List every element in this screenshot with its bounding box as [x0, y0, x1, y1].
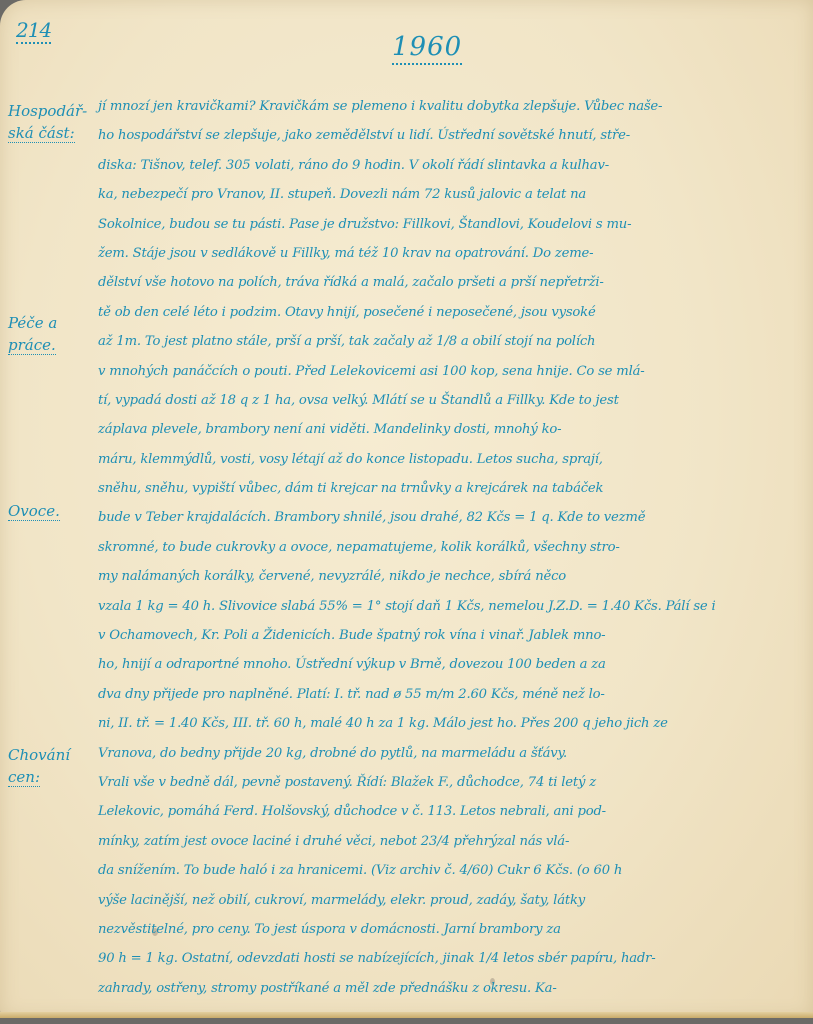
margin-heading-line: cen: — [8, 766, 100, 788]
text-line: výše lacinější, než obilí, cukroví, marm… — [98, 886, 723, 915]
text-line: zahrady, ostřeny, stromy postříkané a mě… — [98, 974, 723, 1003]
margin-heading-line: Chování — [8, 744, 100, 766]
margin-heading-line: Ovoce. — [8, 500, 100, 522]
chronicle-page: 214 1960 Hospodář- ská část: Péče a prác… — [0, 0, 813, 1018]
text-line: žem. Stáje jsou v sedlákově u Fillky, má… — [98, 239, 723, 268]
text-line: Vranova, do bedny přijde 20 kg, drobné d… — [98, 739, 723, 768]
text-line: nezvěstitelné, pro ceny. To jest úspora … — [98, 915, 723, 944]
handwritten-body: jí mnozí jen kravičkami? Kravičkám se pl… — [98, 92, 723, 1003]
text-line: ho hospodářství se zlepšuje, jako zemědě… — [98, 121, 723, 150]
text-line: da snížením. To bude haló i za hranicemi… — [98, 856, 723, 885]
text-line: dva dny přijede pro naplněné. Platí: I. … — [98, 680, 723, 709]
text-line: ni, II. tř. = 1.40 Kčs, III. tř. 60 h, m… — [98, 709, 723, 738]
text-line: bude v Teber krajdalácích. Brambory shni… — [98, 503, 723, 532]
text-line: Vrali vše v bedně dál, pevně postavený. … — [98, 768, 723, 797]
margin-heading-hospodarska-cast: Hospodář- ská část: — [8, 100, 100, 144]
text-line: v mnohých panáčcích o pouti. Před Leleko… — [98, 357, 723, 386]
margin-heading-ovoce: Ovoce. — [8, 500, 100, 522]
margin-heading-chovani-cen: Chování cen: — [8, 744, 100, 788]
text-line: dělství vše hotovo na polích, tráva řídk… — [98, 268, 723, 297]
margin-heading-line: Péče a — [8, 312, 100, 334]
text-line: v Ochamovech, Kr. Poli a Židenicích. Bud… — [98, 621, 723, 650]
text-line: tě ob den celé léto i podzim. Otavy hnij… — [98, 298, 723, 327]
margin-heading-line: Hospodář- — [8, 100, 100, 122]
text-line: ho, hnijí a odraportné mnoho. Ústřední v… — [98, 650, 723, 679]
text-line: ka, nebezpečí pro Vranov, II. stupeň. Do… — [98, 180, 723, 209]
text-line: sněhu, sněhu, vypiští vůbec, dám ti krej… — [98, 474, 723, 503]
text-line: tí, vypadá dosti až 18 q z 1 ha, ovsa ve… — [98, 386, 723, 415]
text-line: mínky, zatím jest ovoce laciné i druhé v… — [98, 827, 723, 856]
page-number: 214 — [16, 20, 51, 44]
text-line: Lelekovic, pomáhá Ferd. Holšovský, důcho… — [98, 797, 723, 826]
text-line: záplava plevele, brambory není ani vidět… — [98, 415, 723, 444]
text-line: Sokolnice, budou se tu pásti. Pase je dr… — [98, 210, 723, 239]
margin-heading-line: ská část: — [8, 122, 100, 144]
text-line: až 1m. To jest platno stále, prší a prší… — [98, 327, 723, 356]
text-line: diska: Tišnov, telef. 305 volati, ráno d… — [98, 151, 723, 180]
year-heading: 1960 — [392, 34, 462, 65]
text-line: skromné, to bude cukrovky a ovoce, nepam… — [98, 533, 723, 562]
margin-heading-line: práce. — [8, 334, 100, 356]
text-line: vzala 1 kg = 40 h. Slivovice slabá 55% =… — [98, 592, 723, 621]
text-line: máru, klemmýdlů, vosti, vosy létají až d… — [98, 445, 723, 474]
text-line: my nalámaných korálky, červené, nevyzrál… — [98, 562, 723, 591]
margin-heading-pece-a-prace: Péče a práce. — [8, 312, 100, 356]
text-line: 90 h = 1 kg. Ostatní, odevzdati hosti se… — [98, 944, 723, 973]
text-line: jí mnozí jen kravičkami? Kravičkám se pl… — [98, 92, 723, 121]
